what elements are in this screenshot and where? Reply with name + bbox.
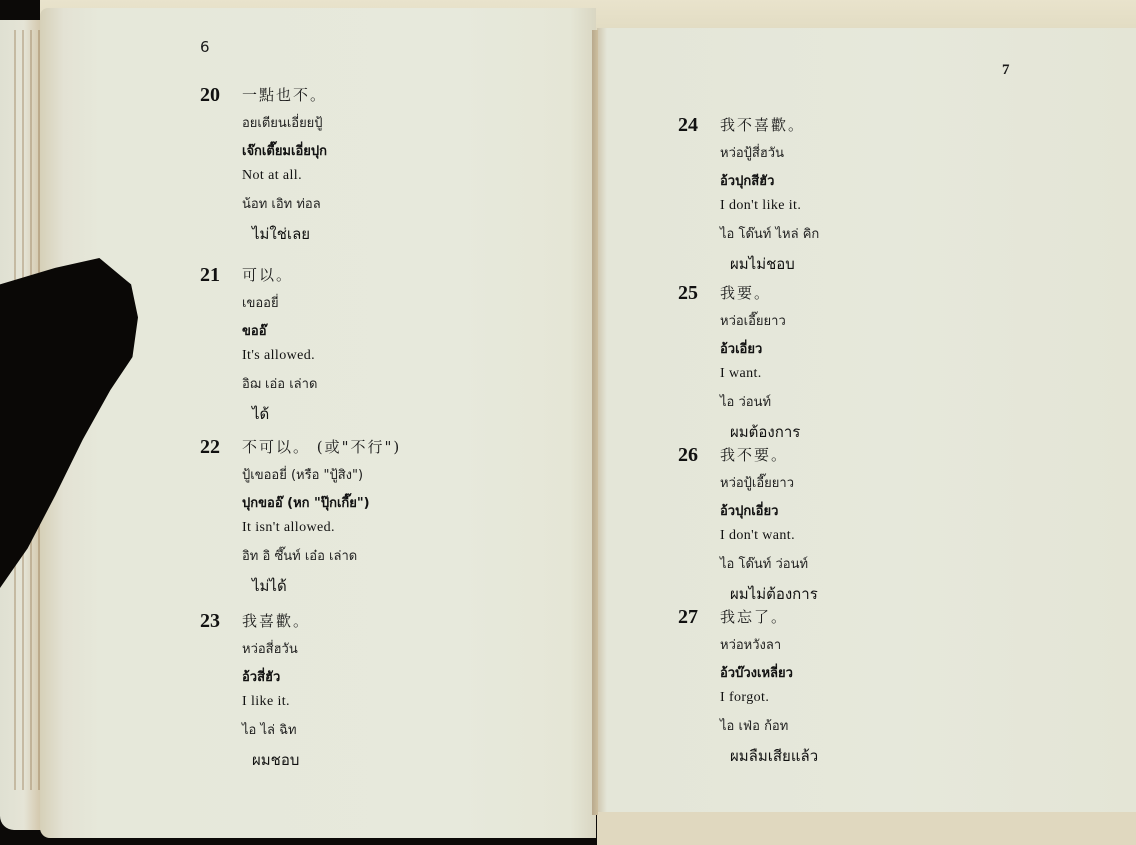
teochew-thai-transcription: ขออ๊	[242, 316, 502, 344]
entry-body: 我不喜歡。 หว่อปู้สี่ฮวัน อ้วปุกสีฮัว I don't…	[720, 114, 980, 276]
entry-number: 21	[200, 264, 220, 287]
entry-body: 一點也不。 อยเตียนเอี่ยยปู้ เจ๊กเตี๊ยมเอี่ยปุ…	[242, 84, 502, 246]
english-thai-transcription: อิฌ เอ่อ เล่าด	[242, 368, 502, 398]
entry-number: 23	[200, 610, 220, 633]
mandarin-thai-transcription: หว่อเอี๊ยยาว	[720, 306, 980, 334]
entry-number: 20	[200, 84, 220, 107]
teochew-thai-transcription: ปุกขออ๊ (หก "ปุ๊กเกี๊ย")	[242, 488, 542, 516]
thai-translation: ผมไม่ชอบ	[720, 248, 980, 276]
entry-number: 22	[200, 436, 220, 459]
english-thai-transcription: ไอ ไล่ ฉิท	[242, 714, 502, 744]
english-thai-transcription: ไอ โด๊นท์ ว่อนท์	[720, 548, 980, 578]
mandarin-thai-transcription: ปู้เขออยี่ (หรือ "ปู้สิง")	[242, 460, 542, 488]
entry-body: 我要。 หว่อเอี๊ยยาว อ้วเอี่ยว I want. ไอ ว่…	[720, 282, 980, 444]
teochew-thai-transcription: อ้วปุกสีฮัว	[720, 166, 980, 194]
chinese-text: 我忘了。	[720, 606, 980, 630]
teochew-thai-transcription: เจ๊กเตี๊ยมเอี่ยปุก	[242, 136, 502, 164]
chinese-text: 不可以。 (或"不行")	[242, 436, 542, 460]
book-spine	[592, 30, 598, 815]
mandarin-thai-transcription: หว่อปู้เอี๊ยยาว	[720, 468, 980, 496]
thai-translation: ผมไม่ต้องการ	[720, 578, 980, 606]
english-thai-transcription: ไอ โด๊นท์ ไหล่ คิก	[720, 218, 980, 248]
thai-translation: ไม่ใช่เลย	[242, 218, 502, 246]
entry-body: 可以。 เขออยี่ ขออ๊ It's allowed. อิฌ เอ่อ …	[242, 264, 502, 426]
entry-number: 25	[678, 282, 698, 305]
entry-body: 不可以。 (或"不行") ปู้เขออยี่ (หรือ "ปู้สิง") …	[242, 436, 542, 598]
english-text: I don't want.	[720, 524, 980, 548]
english-text: Not at all.	[242, 164, 502, 188]
teochew-thai-transcription: อ้วปุกเอี่ยว	[720, 496, 980, 524]
english-thai-transcription: น้อท เอิท ท่อล	[242, 188, 502, 218]
entry-number: 27	[678, 606, 698, 629]
teochew-thai-transcription: อ้วบ๊วงเหลี่ยว	[720, 658, 980, 686]
mandarin-thai-transcription: เขออยี่	[242, 288, 502, 316]
chinese-text: 可以。	[242, 264, 502, 288]
english-thai-transcription: ไอ ว่อนท์	[720, 386, 980, 416]
teochew-thai-transcription: อ้วเอี่ยว	[720, 334, 980, 362]
english-text: I don't like it.	[720, 194, 980, 218]
mandarin-thai-transcription: หว่อปู้สี่ฮวัน	[720, 138, 980, 166]
english-text: I like it.	[242, 690, 502, 714]
chinese-text: 我要。	[720, 282, 980, 306]
chinese-text: 一點也不。	[242, 84, 502, 108]
entry-body: 我喜歡。 หว่อสี่ฮวัน อ้วสี่ฮัว I like it. ไอ…	[242, 610, 502, 772]
english-thai-transcription: อิท อิ ซึ๊นท์ เอ๋อ เล่าด	[242, 540, 542, 570]
mandarin-thai-transcription: หว่อสี่ฮวัน	[242, 634, 502, 662]
chinese-text: 我不要。	[720, 444, 980, 468]
entry-number: 24	[678, 114, 698, 137]
thai-translation: ผมต้องการ	[720, 416, 980, 444]
chinese-text: 我不喜歡。	[720, 114, 980, 138]
english-thai-transcription: ไอ เฟ่อ ก้อท	[720, 710, 980, 740]
thai-translation: ผมลืมเสียแล้ว	[720, 740, 980, 768]
english-text: It's allowed.	[242, 344, 502, 368]
entry-body: 我不要。 หว่อปู้เอี๊ยยาว อ้วปุกเอี่ยว I don'…	[720, 444, 980, 606]
thai-translation: ผมชอบ	[242, 744, 502, 772]
teochew-thai-transcription: อ้วสี่ฮัว	[242, 662, 502, 690]
english-text: It isn't allowed.	[242, 516, 542, 540]
english-text: I want.	[720, 362, 980, 386]
entry-body: 我忘了。 หว่อหวังลา อ้วบ๊วงเหลี่ยว I forgot.…	[720, 606, 980, 768]
page-number-right: 7	[1002, 62, 1010, 79]
chinese-text: 我喜歡。	[242, 610, 502, 634]
english-text: I forgot.	[720, 686, 980, 710]
entry-number: 26	[678, 444, 698, 467]
mandarin-thai-transcription: หว่อหวังลา	[720, 630, 980, 658]
thai-translation: ได้	[242, 398, 502, 426]
page-number-left: 6	[200, 38, 210, 56]
mandarin-thai-transcription: อยเตียนเอี่ยยปู้	[242, 108, 502, 136]
thai-translation: ไม่ได้	[242, 570, 542, 598]
right-page-bottom-edge	[597, 812, 1136, 845]
